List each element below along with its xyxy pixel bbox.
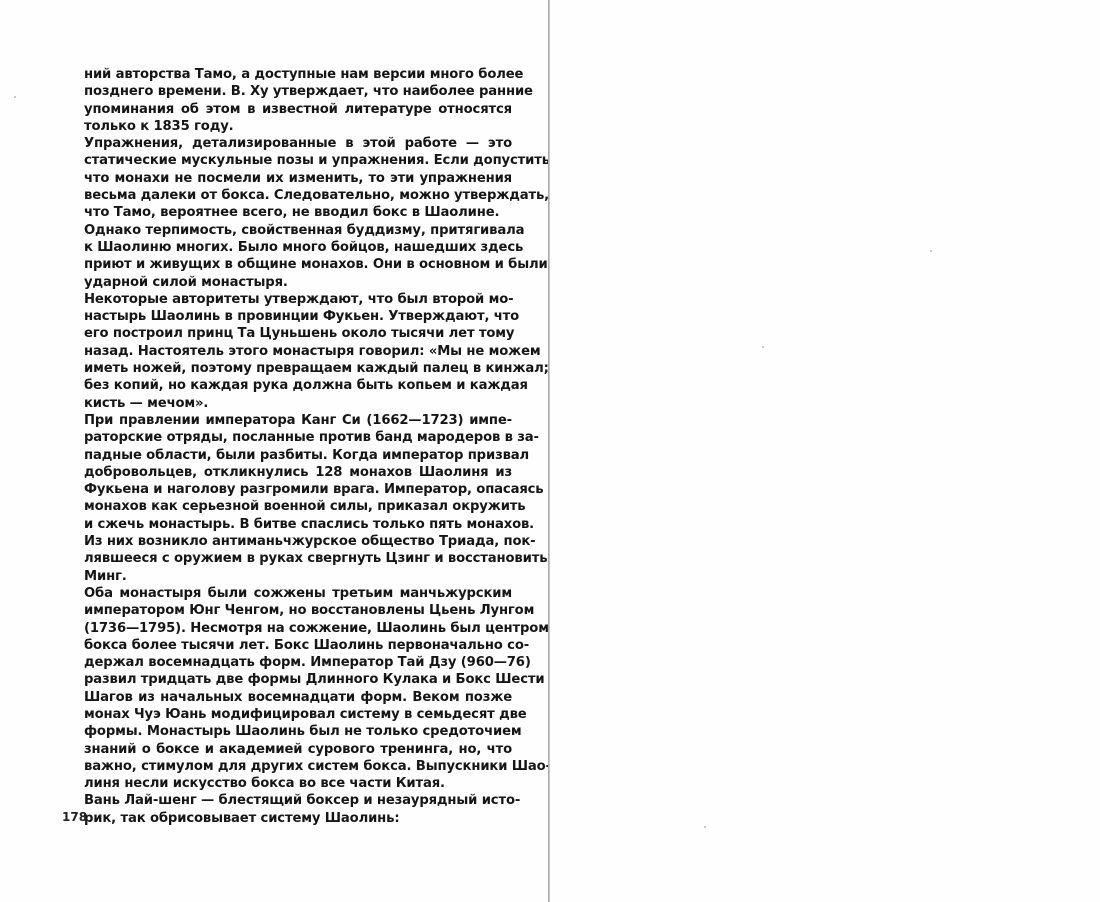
text-line: раторские отряды, посланные против банд … xyxy=(56,429,512,446)
text-line: весьма далеки от бокса. Следовательно, м… xyxy=(56,187,512,204)
text-line: монахов как серьезной военной силы, прик… xyxy=(56,498,512,515)
text-line: позднего времени. В. Ху утверждает, что … xyxy=(56,83,512,100)
text-line: только к 1835 году. xyxy=(56,118,512,135)
paragraph: При правлении императора Канг Си (1662—1… xyxy=(56,412,512,585)
text-line: Упражнения, детализированные в этой рабо… xyxy=(56,135,512,152)
text-line: Шагов из начальных восемнадцати форм. Ве… xyxy=(56,689,512,706)
text-line: что монахи не посмели их изменить, то эт… xyxy=(56,170,512,187)
text-line: императором Юнг Ченгом, но восстановлены… xyxy=(56,602,512,619)
text-line: настырь Шаолинь в провинции Фукьен. Утве… xyxy=(56,308,512,325)
text-line: Оба монастыря были сожжены третьим манчь… xyxy=(56,585,512,602)
text-line: Однако терпимость, свойственная буддизму… xyxy=(56,222,512,239)
text-line: статические мускульные позы и упражнения… xyxy=(56,152,512,169)
text-line: важно, стимулом для других систем бокса.… xyxy=(56,758,512,775)
text-line: знаний о боксе и академией сурового трен… xyxy=(56,741,512,758)
text-line: упоминания об этом в известной литератур… xyxy=(56,101,512,118)
text-line: Вань Лай-шенг — блестящий боксер и незау… xyxy=(56,792,512,809)
text-line: приют и живущих в общине монахов. Они в … xyxy=(56,256,512,273)
scan-speck xyxy=(930,250,932,252)
paragraph: Оба монастыря были сожжены третьим манчь… xyxy=(56,585,512,793)
text-line: иметь ножей, поэтому превращаем каждый п… xyxy=(56,360,512,377)
text-line: Минг. xyxy=(56,568,512,585)
text-line: Некоторые авторитеты утверждают, что был… xyxy=(56,291,512,308)
scan-speck xyxy=(762,346,764,348)
text-line: кисть — мечом». xyxy=(56,395,512,412)
paragraph: Однако терпимость, свойственная буддизму… xyxy=(56,222,512,291)
text-line: ударной силой монастыря. xyxy=(56,274,512,291)
text-line: (1736—1795). Несмотря на сожжение, Шаоли… xyxy=(56,620,512,637)
paragraph: Некоторые авторитеты утверждают, что был… xyxy=(56,291,512,412)
text-line: и сжечь монастырь. В битве спаслись толь… xyxy=(56,516,512,533)
text-line: добровольцев, откликнулись 128 монахов Ш… xyxy=(56,464,512,481)
right-page: Пять школ — О Мэй Шань — Ву Танг — Фу Ки… xyxy=(550,0,1100,902)
paragraph: Вань Лай-шенг — блестящий боксер и незау… xyxy=(56,792,512,827)
scan-speck xyxy=(14,96,16,98)
left-page: ний авторства Тамо, а доступные нам верс… xyxy=(0,0,549,902)
text-line: что Тамо, вероятнее всего, не вводил бок… xyxy=(56,204,512,221)
text-line: бокса более тысячи лет. Бокс Шаолинь пер… xyxy=(56,637,512,654)
text-line: держал восемнадцать форм. Император Тай … xyxy=(56,654,512,671)
text-line: назад. Настоятель этого монастыря говори… xyxy=(56,343,512,360)
text-line: его построил принц Та Цуньшень около тыс… xyxy=(56,325,512,342)
left-page-body: ний авторства Тамо, а доступные нам верс… xyxy=(56,66,512,827)
text-line: рик, так обрисовывает систему Шаолинь: xyxy=(56,810,512,827)
text-line: Фукьена и наголову разгромили врага. Имп… xyxy=(56,481,512,498)
book-spread: ний авторства Тамо, а доступные нам верс… xyxy=(0,0,1100,902)
paragraph: ний авторства Тамо, а доступные нам верс… xyxy=(56,66,512,135)
text-line: развил тридцать две формы Длинного Кулак… xyxy=(56,671,512,688)
text-line: к Шаолиню многих. Было много бойцов, наш… xyxy=(56,239,512,256)
text-line: падные области, были разбиты. Когда импе… xyxy=(56,447,512,464)
paragraph: Упражнения, детализированные в этой рабо… xyxy=(56,135,512,221)
text-line: формы. Монастырь Шаолинь был не только с… xyxy=(56,723,512,740)
text-line: При правлении императора Канг Си (1662—1… xyxy=(56,412,512,429)
text-line: ний авторства Тамо, а доступные нам верс… xyxy=(56,66,512,83)
text-line: лявшееся с оружием в руках свергнуть Цзи… xyxy=(56,550,512,567)
page-number-left: 178 xyxy=(62,810,87,824)
text-line: без копий, но каждая рука должна быть ко… xyxy=(56,377,512,394)
text-line: Из них возникло антиманьчжурское обществ… xyxy=(56,533,512,550)
scan-speck xyxy=(704,826,706,828)
text-line: линя несли искусство бокса во все части … xyxy=(56,775,512,792)
text-line: монах Чуэ Юань модифицировал систему в с… xyxy=(56,706,512,723)
